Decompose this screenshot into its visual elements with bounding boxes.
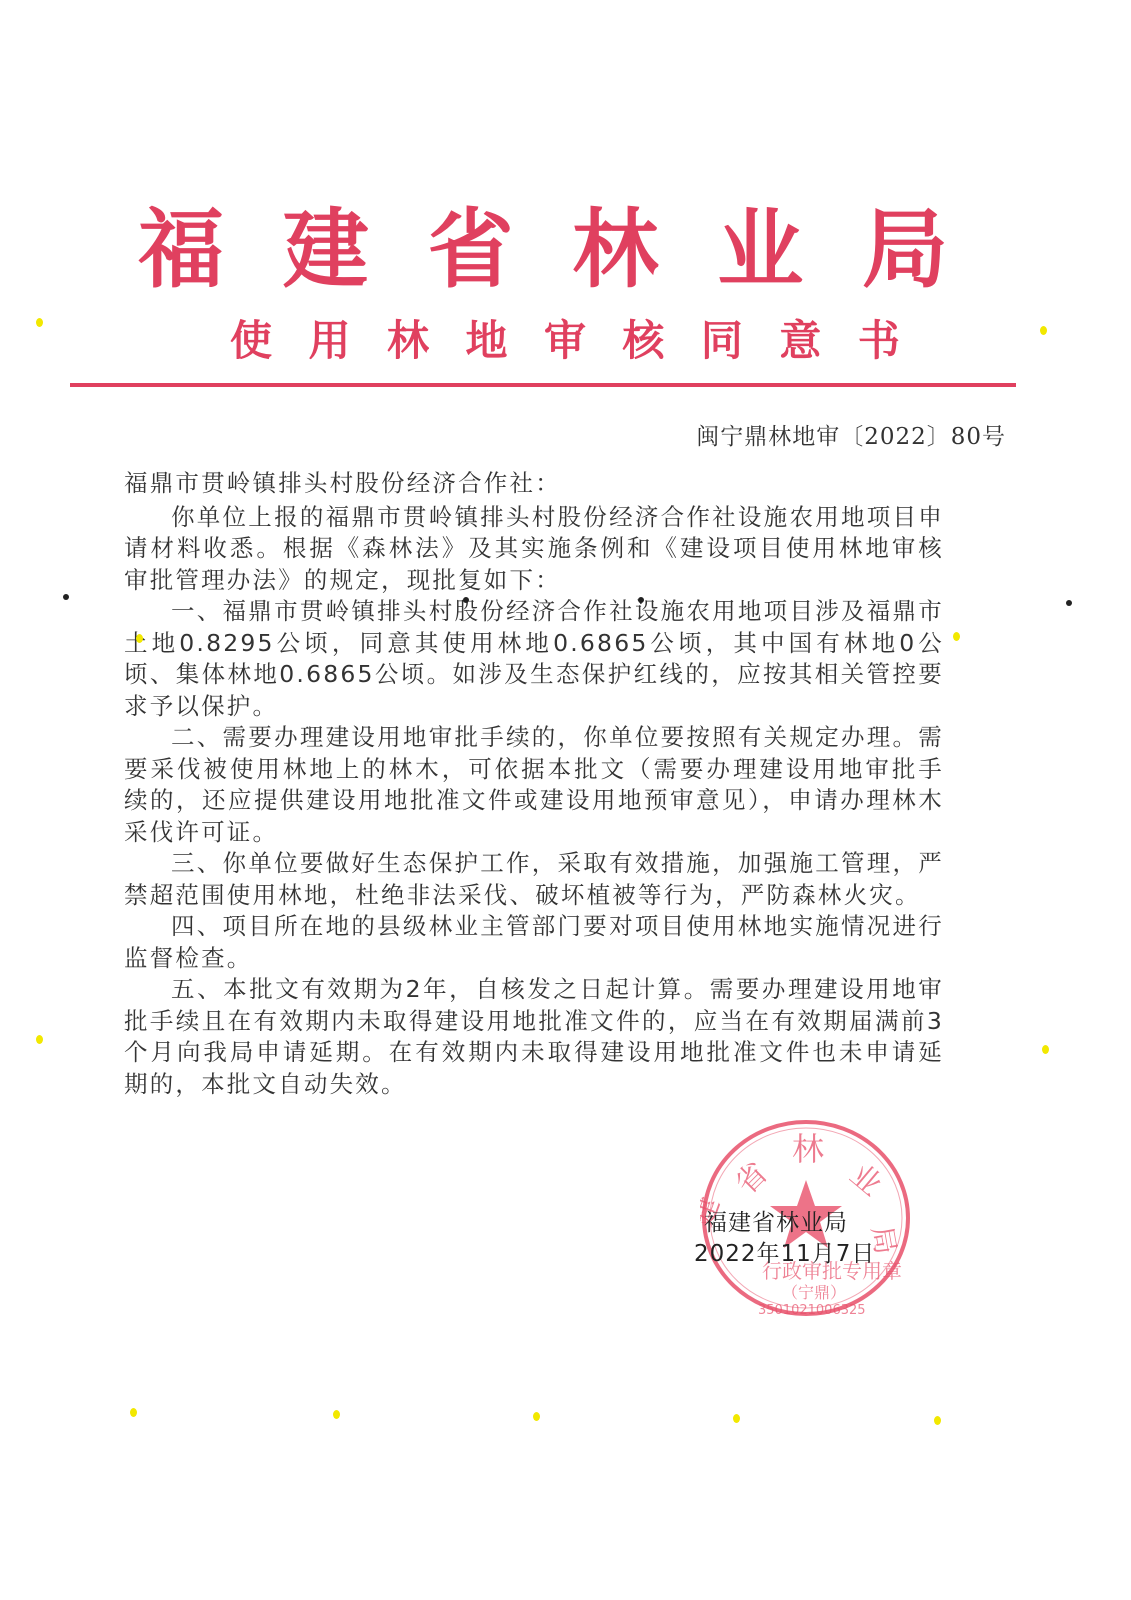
document-number: 闽宁鼎林地审〔2022〕80号 (696, 418, 1006, 451)
scan-artifact (1042, 1045, 1049, 1054)
title-char: 省 (428, 200, 514, 300)
paragraph-item-2: 二、需要办理建设用地审批手续的，你单位要按照有关规定办理。需要采伐被使用林地上的… (124, 722, 944, 848)
issuer-title: 福 建 省 林 业 局 (138, 200, 948, 300)
document-page: 福 建 省 林 业 局 使 用 林 地 审 核 同 意 书 闽宁鼎林地审〔202… (0, 0, 1131, 1600)
svg-text:（宁鼎）: （宁鼎） (782, 1283, 846, 1302)
document-body: 福鼎市贯岭镇排头村股份经济合作社： 你单位上报的福鼎市贯岭镇排头村股份经济合作社… (124, 468, 944, 1100)
scan-artifact (36, 318, 43, 327)
title-char: 林 (572, 200, 658, 300)
svg-text:3501021006325: 3501021006325 (758, 1303, 866, 1318)
scan-artifact (733, 1414, 740, 1423)
subtitle-char: 林 (387, 315, 429, 367)
issue-date: 2022年11月7日 (694, 1239, 875, 1270)
subtitle-char: 同 (701, 315, 743, 367)
paragraph-intro: 你单位上报的福鼎市贯岭镇排头村股份经济合作社设施农用地项目申请材料收悉。根据《森… (124, 502, 944, 597)
header-divider (70, 383, 1016, 387)
title-char: 局 (862, 200, 948, 300)
scan-artifact (934, 1416, 941, 1425)
subtitle-char: 使 (230, 315, 272, 367)
title-char: 福 (138, 200, 224, 300)
scan-artifact (1040, 326, 1047, 335)
scan-artifact (463, 597, 469, 603)
title-char: 业 (717, 200, 803, 300)
paragraph-item-4: 四、项目所在地的县级林业主管部门要对项目使用林地实施情况进行监督检查。 (124, 911, 944, 974)
svg-text:省: 省 (729, 1156, 775, 1202)
scan-artifact (953, 632, 960, 641)
signing-organization: 福建省林业局 (694, 1208, 875, 1239)
subtitle-char: 书 (858, 315, 900, 367)
scan-artifact (130, 1408, 137, 1417)
subtitle-char: 地 (465, 315, 507, 367)
scan-artifact (136, 634, 143, 643)
paragraph-item-1: 一、福鼎市贯岭镇排头村股份经济合作社设施农用地项目涉及福鼎市土地0.8295公顷… (124, 596, 944, 722)
scan-artifact (638, 597, 644, 603)
subtitle-char: 用 (308, 315, 350, 367)
paragraph-item-3: 三、你单位要做好生态保护工作，采取有效措施，加强施工管理，严禁超范围使用林地，杜… (124, 848, 944, 911)
signature-block: 福建省林业局 2022年11月7日 (694, 1208, 875, 1270)
addressee: 福鼎市贯岭镇排头村股份经济合作社： (124, 468, 944, 500)
subtitle-char: 核 (622, 315, 664, 367)
svg-text:林: 林 (792, 1130, 824, 1168)
scan-artifact (36, 1035, 43, 1044)
scan-artifact (533, 1412, 540, 1421)
scan-artifact (1066, 600, 1072, 606)
paragraph-item-5: 五、本批文有效期为2年，自核发之日起计算。需要办理建设用地审批手续且在有效期内未… (124, 974, 944, 1100)
svg-text:业: 业 (843, 1157, 888, 1203)
subtitle-char: 审 (544, 315, 586, 367)
scan-artifact (63, 594, 69, 600)
title-char: 建 (283, 200, 369, 300)
document-type-title: 使 用 林 地 审 核 同 意 书 (230, 315, 900, 367)
scan-artifact (333, 1410, 340, 1419)
subtitle-char: 意 (779, 315, 821, 367)
